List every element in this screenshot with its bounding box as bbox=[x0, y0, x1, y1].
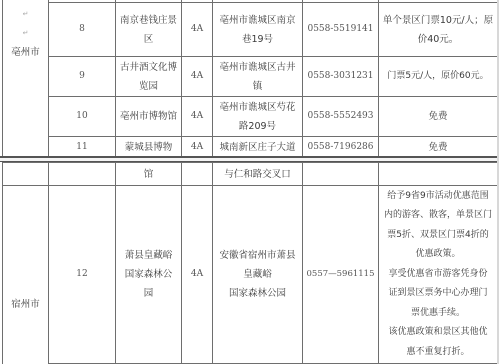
scenic-spot-name-line: 园 bbox=[119, 284, 178, 303]
row-number: 9 bbox=[49, 57, 116, 97]
scenic-spot-table-top: ↵ ↵ 亳州市 8 南京巷钱庄景区 4A 亳州市谯城区南京巷19号 0558-5… bbox=[2, 0, 498, 158]
ticket-policy: 门票5元/人，原价60元。 bbox=[379, 57, 498, 97]
city-cell-bozhou: ↵ ↵ 亳州市 bbox=[3, 3, 49, 158]
ticket-policy-line: 惠不重复打折。 bbox=[382, 343, 494, 363]
scenic-address: 安徽省宿州市萧县 皇藏峪 国家森林公园 bbox=[213, 186, 303, 364]
ticket-policy-line: 内的游客、散客，单景区门 bbox=[382, 206, 494, 226]
scenic-address-line: 皇藏峪 bbox=[216, 265, 299, 284]
scenic-grade: 4A bbox=[182, 57, 213, 97]
ticket-policy: 免费 bbox=[379, 137, 498, 158]
scenic-spot-name-continuation: 馆 bbox=[116, 163, 182, 186]
ticket-policy-continuation bbox=[379, 163, 498, 186]
ticket-policy-line: 票5折、双景区门票4折的 bbox=[382, 226, 494, 246]
row-number: 8 bbox=[49, 3, 116, 57]
scenic-address: 亳州市谯城区芍花路209号 bbox=[213, 97, 303, 137]
scenic-spot-name: 蒙城县博物 bbox=[116, 137, 182, 158]
number-cell-continuation bbox=[49, 163, 116, 186]
ticket-policy-line: 票优惠手续。 bbox=[382, 304, 494, 324]
scenic-phone: 0558-5519141 bbox=[303, 3, 379, 57]
scenic-address: 城南新区庄子大道 bbox=[213, 137, 303, 158]
scenic-grade: 4A bbox=[182, 3, 213, 57]
scenic-spot-name-line: 萧县皇藏峪 bbox=[119, 246, 178, 265]
scenic-spot-name: 亳州市博物馆 bbox=[116, 97, 182, 137]
scenic-address-continuation: 与仁和路交叉口 bbox=[213, 163, 303, 186]
scenic-spot-name-line: 国家森林公 bbox=[119, 265, 178, 284]
ticket-policy-line: 优惠政策。 bbox=[382, 245, 494, 265]
scenic-address-line: 国家森林公园 bbox=[216, 284, 299, 303]
ticket-policy-line: 该优惠政策和景区其他优 bbox=[382, 323, 494, 343]
document-page-top: ↵ ↵ 亳州市 8 南京巷钱庄景区 4A 亳州市谯城区南京巷19号 0558-5… bbox=[0, 0, 499, 158]
ticket-policy: 免费 bbox=[379, 97, 498, 137]
row-number: 11 bbox=[49, 137, 116, 158]
scenic-address: 亳州市谯城区古井镇 bbox=[213, 57, 303, 97]
scenic-phone: 0558-3031231 bbox=[303, 57, 379, 97]
scenic-spot-name: 古井酒文化博览园 bbox=[116, 57, 182, 97]
ticket-policy-line: 给予9省9市活动优惠范围 bbox=[382, 187, 494, 207]
city-cell-suzhou: 宿州市 bbox=[3, 186, 49, 364]
ticket-policy: 给予9省9市活动优惠范围 内的游客、散客，单景区门 票5折、双景区门票4折的 优… bbox=[379, 186, 498, 364]
paragraph-mark: ↵ bbox=[6, 5, 45, 24]
scenic-spot-name: 南京巷钱庄景区 bbox=[116, 3, 182, 57]
row-number: 10 bbox=[49, 97, 116, 137]
grade-cell-continuation bbox=[182, 163, 213, 186]
scenic-grade: 4A bbox=[182, 186, 213, 364]
scenic-grade: 4A bbox=[182, 97, 213, 137]
document-page-bottom: 馆 与仁和路交叉口 宿州市 12 萧县皇藏峪 国家森林公 园 4A 安徽省宿州市… bbox=[0, 162, 499, 364]
scenic-spot-table-bottom: 馆 与仁和路交叉口 宿州市 12 萧县皇藏峪 国家森林公 园 4A 安徽省宿州市… bbox=[2, 162, 498, 364]
ticket-policy-line: 享受优惠省市游客凭身份 bbox=[382, 265, 494, 285]
ticket-policy: 单个景区门票10元/人；原价40元。 bbox=[379, 3, 498, 57]
row-number: 12 bbox=[49, 186, 116, 364]
phone-cell-continuation bbox=[303, 163, 379, 186]
scenic-address: 亳州市谯城区南京巷19号 bbox=[213, 3, 303, 57]
scenic-phone: 0558-5552493 bbox=[303, 97, 379, 137]
city-name: 亳州市 bbox=[11, 47, 40, 58]
scenic-address-line: 安徽省宿州市萧县 bbox=[216, 246, 299, 265]
paragraph-mark: ↵ bbox=[6, 24, 45, 43]
scenic-phone: 0557—5961115 bbox=[303, 186, 379, 364]
scenic-grade: 4A bbox=[182, 137, 213, 158]
scenic-spot-name: 萧县皇藏峪 国家森林公 园 bbox=[116, 186, 182, 364]
scenic-phone: 0558-7196286 bbox=[303, 137, 379, 158]
ticket-policy-line: 证到景区票务中心办理门 bbox=[382, 284, 494, 304]
city-cell-continuation bbox=[3, 163, 49, 186]
